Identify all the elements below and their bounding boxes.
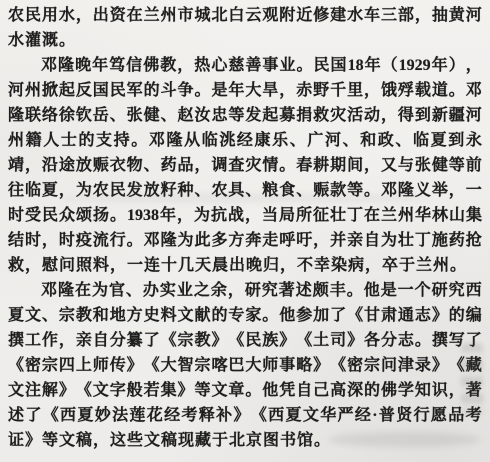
text-line: 救，慰问照料，一连十几天晨出晚归，不幸染病，卒于兰州。 [8,253,482,278]
text-line: 农民用水，出资在兰州市城北白云观附近修建水车三部，抽黄河 [8,3,482,28]
text-line: 文注解》《文字般若集》等文章。他凭自己高深的佛学知识，著 [8,378,482,403]
text-line: 河州掀起反国民军的斗争。是年大旱，赤野千里，饿殍载道。邓 [8,78,482,103]
text-line: 州籍人士的支持。邓隆从临洮经康乐、广河、和政、临夏到永 [8,128,482,153]
text-line: 靖，沿途放赈衣物、药品，调查灾情。春耕期间，又与张健等前 [8,153,482,178]
text-line: 往临夏，为农民发放籽种、农具、粮食、赈款等。邓隆义举，一 [8,178,482,203]
text-line: 邓隆晚年笃信佛教，热心慈善事业。民国18年（1929年）， [8,53,482,78]
text-line: 述了《西夏妙法莲花经考释补》《西夏文华严经·普贤行愿品考 [8,403,482,428]
text-line: 时受民众颂扬。1938年，为抗战，当局所征壮丁在兰州华林山集 [8,203,482,228]
text-line: 水灌溉。 [8,28,482,53]
text-line: 证》等文稿，这些文稿现藏于北京图书馆。 [8,428,482,453]
body-text: 农民用水，出资在兰州市城北白云观附近修建水车三部，抽黄河水灌溉。邓隆晚年笃信佛教… [8,3,482,453]
text-line: 撰工作，亲自分纂了《宗教》《民族》《土司》各分志。撰写了 [8,328,482,353]
scanned-book-page: 农民用水，出资在兰州市城北白云观附近修建水车三部，抽黄河水灌溉。邓隆晚年笃信佛教… [0,0,490,462]
text-line: 《密宗四上师传》《大智宗喀巴大师事略》《密宗问津录》《藏 [8,353,482,378]
text-line: 夏文、宗教和地方史料文献的专家。他参加了《甘肃通志》的编 [8,303,482,328]
text-line: 隆联络徐钦岳、张健、赵汝忠等发起募捐救灾活动，得到新疆河 [8,103,482,128]
text-line: 邓隆在为官、办实业之余，研究著述颇丰。他是一个研究西 [8,278,482,303]
text-line: 结时，时疫流行。邓隆为此多方奔走呼吁，并亲自为壮丁施药抢 [8,228,482,253]
